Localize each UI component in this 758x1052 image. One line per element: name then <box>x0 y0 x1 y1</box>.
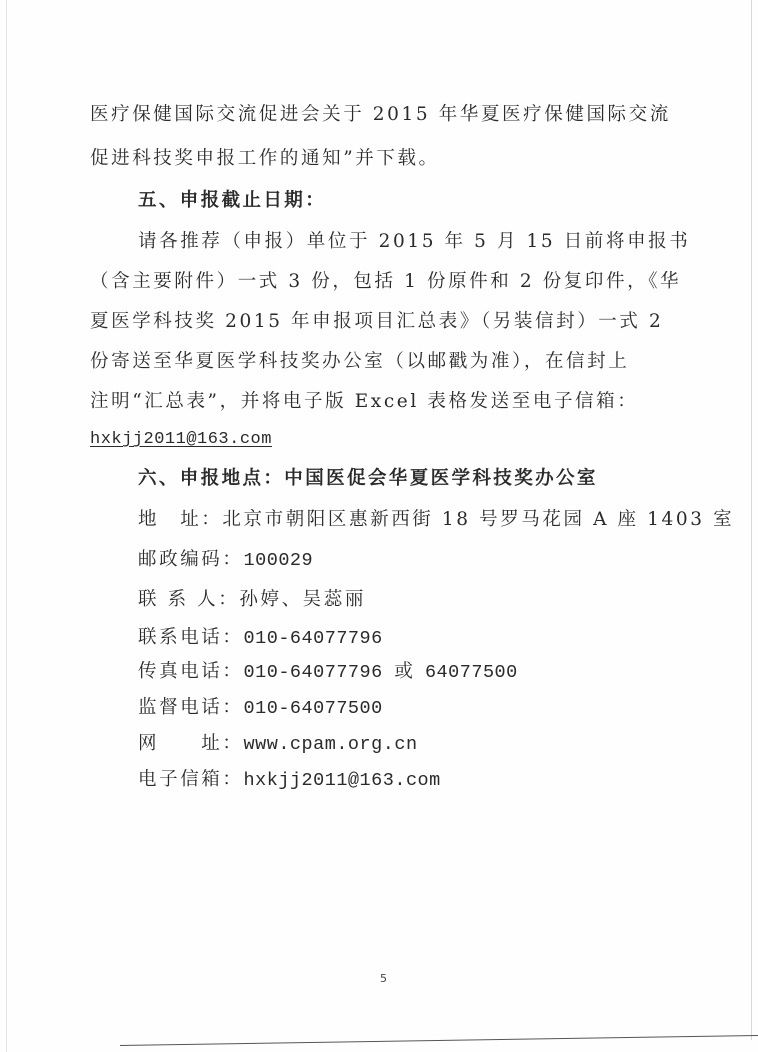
deadline-paragraph-line-5: 注明“汇总表”，并将电子版 Excel 表格发送至电子信箱： <box>90 390 638 414</box>
deadline-paragraph-line-1: 请各推荐（申报）单位于 2015 年 5 月 15 日前将申报书 <box>138 230 690 254</box>
contact-label: 邮政编码： <box>138 548 244 572</box>
page-edge-right <box>751 0 752 1040</box>
deadline-paragraph-line-2: （含主要附件）一式 3 份，包括 1 份原件和 2 份复印件，《华 <box>90 270 681 294</box>
page-edge-bottom <box>120 1035 758 1046</box>
contact-row-fax: 传真电话：010-64077796 或 64077500 <box>138 660 518 685</box>
section-heading-location: 六、申报地点：中国医促会华夏医学科技奖办公室 <box>138 467 598 491</box>
contact-value: 北京市朝阳区惠新西街 18 号罗马花园 A 座 1403 室 <box>222 509 734 530</box>
contact-label: 网 址： <box>138 732 244 756</box>
section-heading-deadline: 五、申报截止日期： <box>138 189 326 213</box>
page-number: 5 <box>380 972 387 985</box>
email-address[interactable]: hxkjj2011@163.com <box>90 430 272 449</box>
contact-label: 联 系 人： <box>138 588 239 612</box>
deadline-paragraph-line-3: 夏医学科技奖 2015 年申报项目汇总表》（另装信封）一式 2 <box>90 310 663 334</box>
contact-label: 监督电话： <box>138 696 244 720</box>
contact-row-phone: 联系电话：010-64077796 <box>138 626 383 651</box>
contact-row-website: 网 址：www.cpam.org.cn <box>138 732 418 757</box>
contact-value: 100029 <box>244 550 314 571</box>
contact-row-supervision-phone: 监督电话：010-64077500 <box>138 696 383 721</box>
paragraph-continuation-line-2: 促进科技奖申报工作的通知”并下载。 <box>90 147 440 171</box>
contact-value: 孙婷、吴蕊丽 <box>239 589 366 610</box>
contact-row-email: 电子信箱：hxkjj2011@163.com <box>138 768 441 793</box>
contact-value: 010-64077500 <box>244 698 383 719</box>
contact-row-postcode: 邮政编码：100029 <box>138 548 313 573</box>
contact-row-person: 联 系 人：孙婷、吴蕊丽 <box>138 588 366 612</box>
scanned-document-page: 医疗保健国际交流促进会关于 2015 年华夏医疗保健国际交流 促进科技奖申报工作… <box>0 0 758 1052</box>
contact-label: 电子信箱： <box>138 768 244 792</box>
submission-email-link[interactable]: hxkjj2011@163.com <box>90 428 272 452</box>
email-link[interactable]: hxkjj2011@163.com <box>244 770 441 791</box>
website-link[interactable]: www.cpam.org.cn <box>244 734 418 755</box>
contact-label: 传真电话： <box>138 660 244 684</box>
contact-value: 010-64077796 <box>244 628 383 649</box>
paragraph-continuation-line-1: 医疗保健国际交流促进会关于 2015 年华夏医疗保健国际交流 <box>90 103 671 127</box>
contact-value: 010-64077796 或 64077500 <box>244 662 518 683</box>
page-edge-left <box>6 0 7 1052</box>
contact-label: 地 址： <box>138 508 222 532</box>
contact-row-address: 地 址：北京市朝阳区惠新西街 18 号罗马花园 A 座 1403 室 <box>138 508 734 532</box>
deadline-paragraph-line-4: 份寄送至华夏医学科技奖办公室（以邮戳为准），在信封上 <box>90 350 629 374</box>
contact-label: 联系电话： <box>138 626 244 650</box>
